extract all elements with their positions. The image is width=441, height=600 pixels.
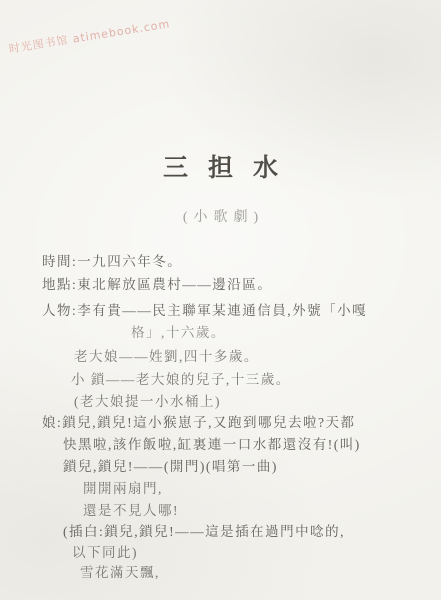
script-line-lyric: 開開兩扇門, [83,477,163,497]
script-line-place: 地點:東北解放區農村——邊沿區。 [42,273,272,293]
script-line-characters: 人物:李有貴——民主聯軍某連通信員,外號「小嘎 [42,299,367,319]
script-line-aside-note-cont: 以下同此) [72,541,138,561]
script-line-stage-direction: (老大娘提一小水桶上) [74,390,221,410]
script-line-character-xiaosuo: 小 鎖——老大娘的兒子,十三歲。 [71,368,291,388]
script-line-dialogue: 娘:鎖兒,鎖兒!這小猴崽子,又跑到哪兒去啦?天都 [42,411,356,431]
library-watermark: 时光图书馆 atimebook.com [8,15,171,56]
script-line-dialogue-call: 鎖兒,鎖兒!——(開門)(唱第一曲) [63,455,278,475]
scanned-script-page: 时光图书馆 atimebook.com 三担水 (小歌劇) 時間:一九四六年冬。… [0,0,441,600]
play-subtitle: (小歌劇) [0,206,441,226]
script-line-character-old-woman: 老大娘——姓劉,四十多歲。 [74,345,259,365]
script-line-time: 時間:一九四六年冬。 [42,250,182,270]
script-line-aside-note: (插白:鎖兒,鎖兒!——這是插在過門中唸的, [63,520,345,540]
script-line-lyric: 還是不見人哪! [83,499,179,519]
script-line-lyric: 雪花滿天飄, [80,561,160,581]
play-title: 三担水 [0,148,441,184]
script-line-dialogue-cont: 快黑啦,該作飯啦,缸裏連一口水都還沒有!(叫) [63,433,361,453]
script-line-characters-cont: 格」,十六歲。 [131,321,226,341]
